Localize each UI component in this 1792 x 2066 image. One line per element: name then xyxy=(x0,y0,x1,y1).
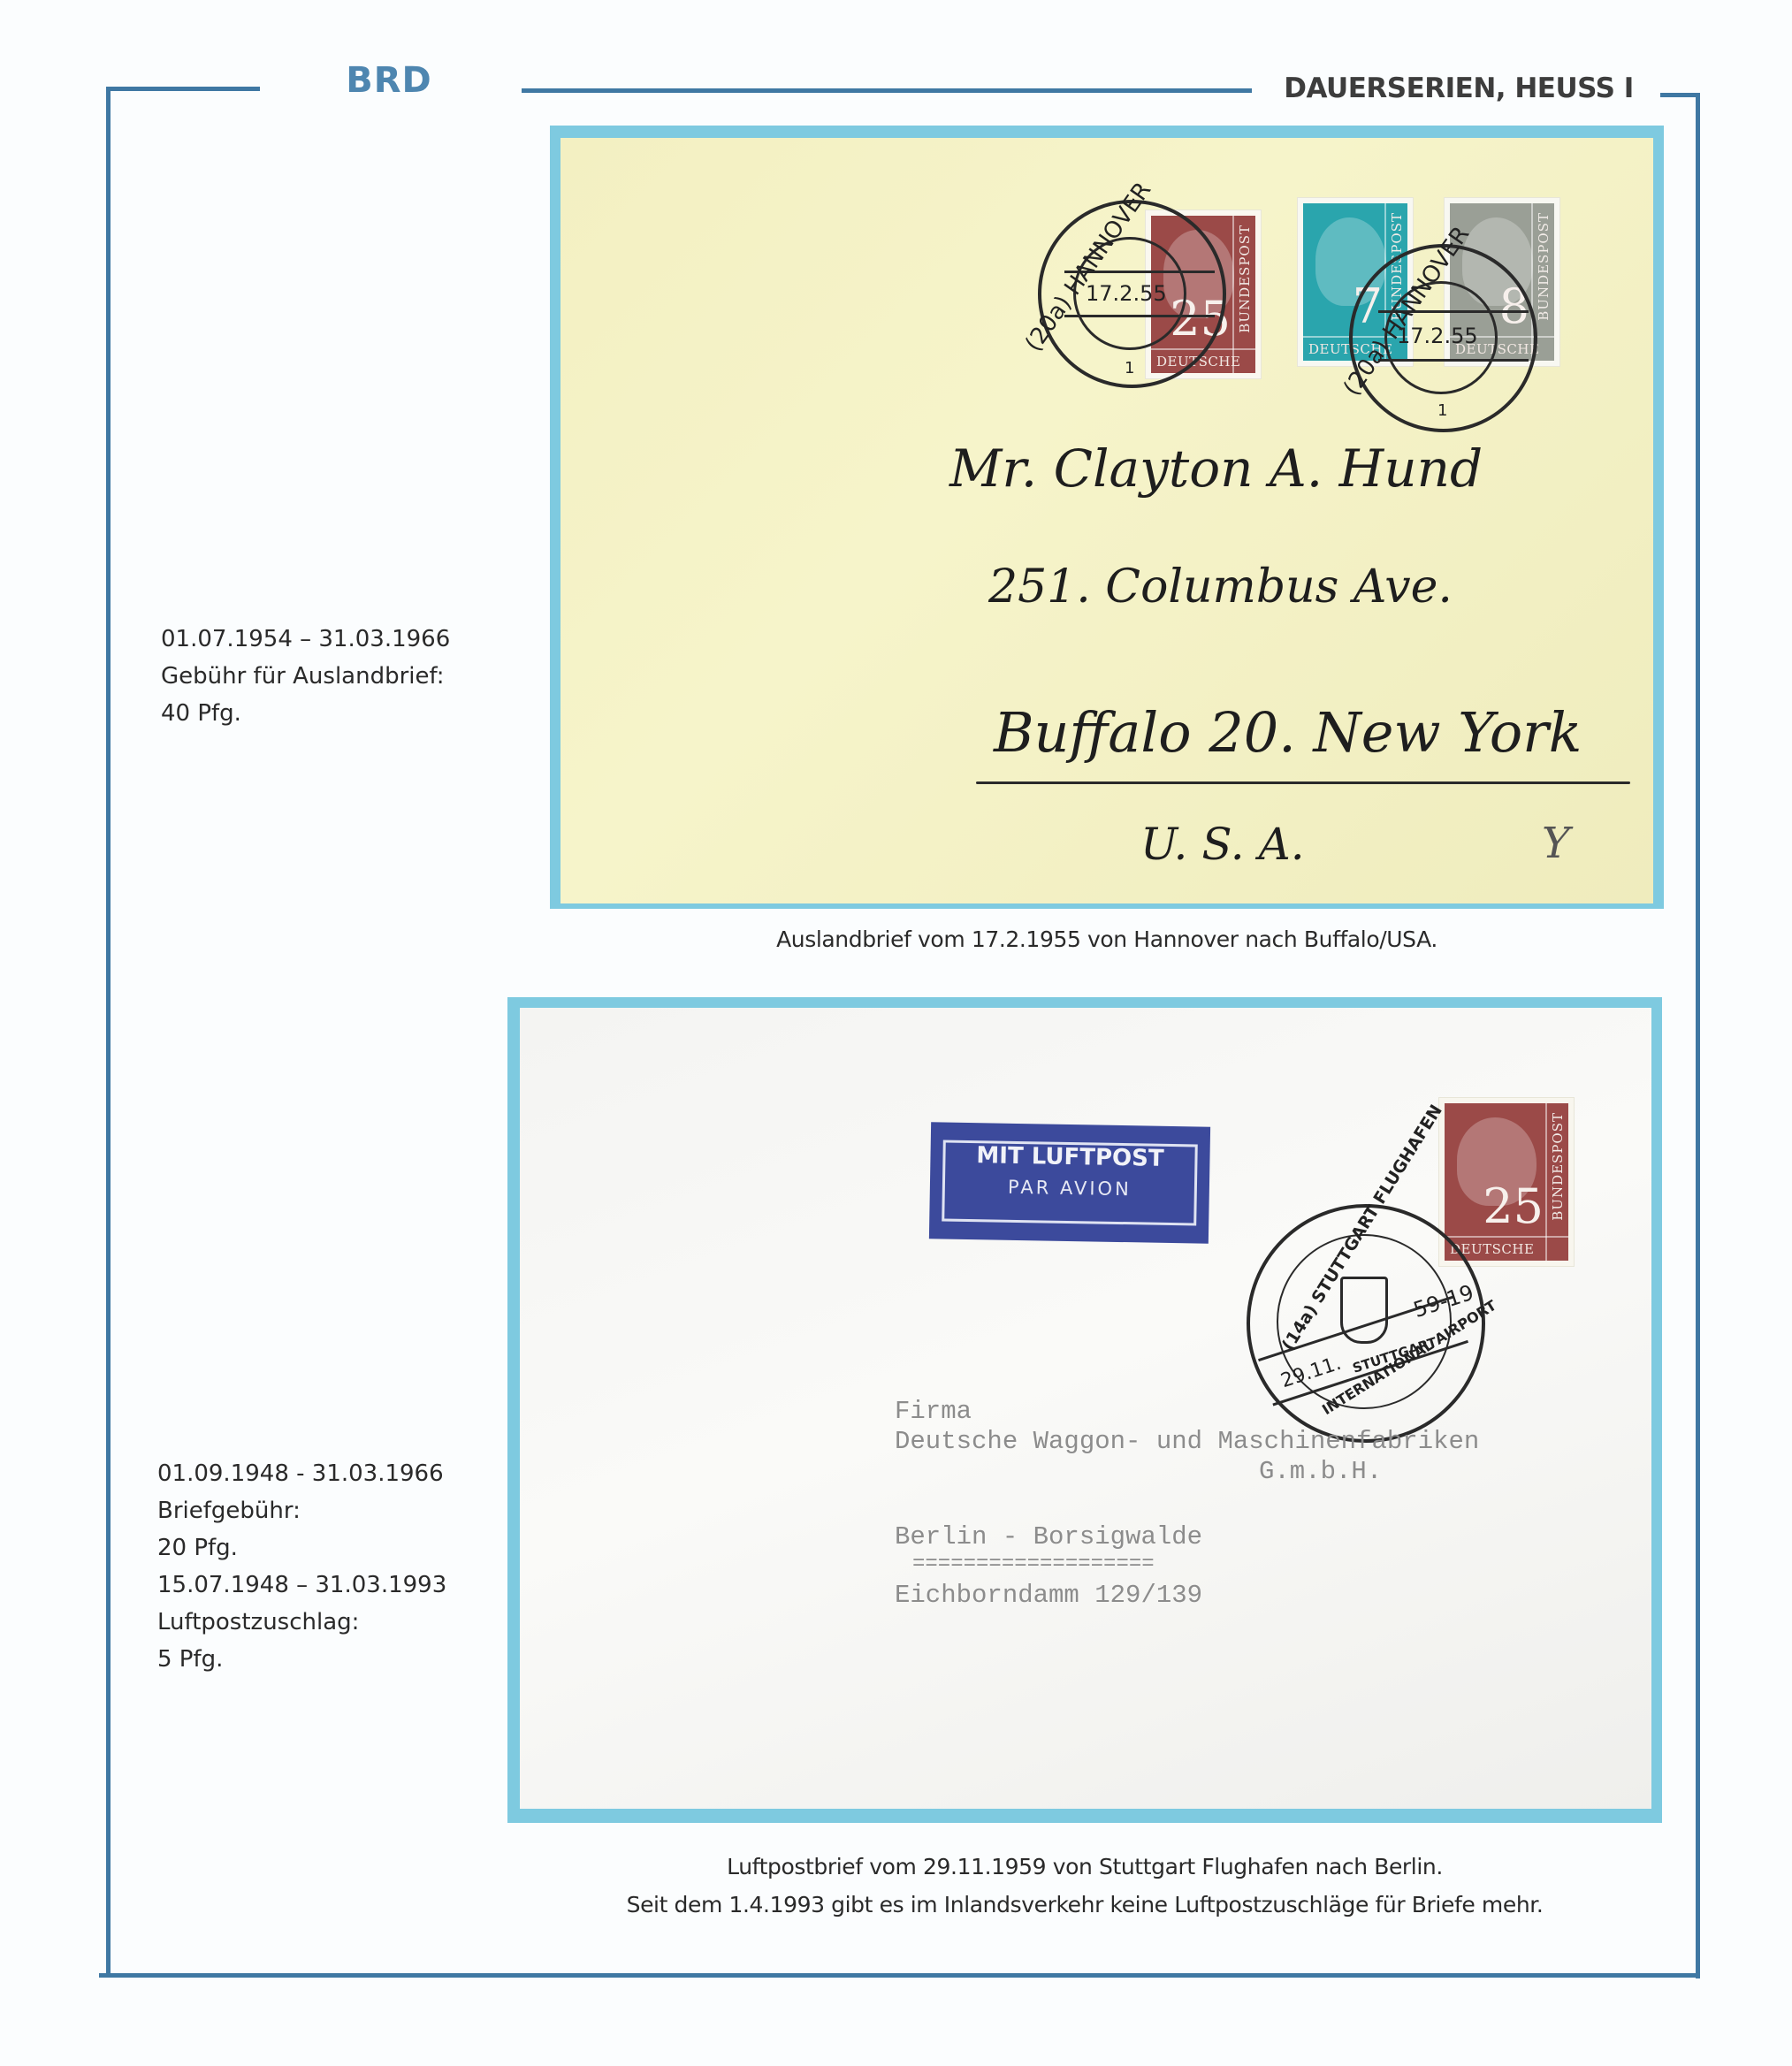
note-line: 5 Pfg. xyxy=(157,1641,446,1678)
address-underline: =================== xyxy=(912,1552,1155,1576)
airmail-label: MIT LUFTPOST PAR AVION xyxy=(929,1122,1210,1243)
address-line: Eichborndamm 129/139 xyxy=(895,1581,1202,1610)
stamp-issuer: BUNDESPOST xyxy=(1237,225,1253,333)
postmark-sub: 1 xyxy=(1437,401,1447,420)
stamp-25-pfennig: 25 BUNDESPOST DEUTSCHE xyxy=(1439,1098,1574,1266)
address-line: 251. Columbus Ave. xyxy=(988,560,1453,614)
postmark-date: 17.2.55 xyxy=(1086,281,1167,306)
coat-of-arms-icon xyxy=(1340,1277,1388,1344)
address-line: Mr. Clayton A. Hund xyxy=(949,438,1483,499)
postal-rate-note-2: 01.09.1948 - 31.03.1966 Briefgebühr: 20 … xyxy=(157,1455,446,1678)
caption-line: Luftpostbrief vom 29.11.1959 von Stuttga… xyxy=(507,1848,1662,1886)
cover-1-envelope[interactable]: 25 BUNDESPOST DEUTSCHE 7 BUNDESPOST DEUT… xyxy=(560,138,1653,903)
address-underline xyxy=(976,781,1630,784)
cover-2-envelope[interactable]: MIT LUFTPOST PAR AVION 25 BUNDESPOST DEU… xyxy=(520,1008,1651,1809)
frame-top-left-segment xyxy=(106,87,260,91)
note-line: Luftpostzuschlag: xyxy=(157,1604,446,1641)
stamp-issuer: BUNDESPOST xyxy=(1536,212,1552,321)
cover-1-caption: Auslandbrief vom 17.2.1955 von Hannover … xyxy=(550,926,1664,952)
address-line: Berlin - Borsigwalde xyxy=(895,1522,1202,1551)
address-line: Buffalo 20. New York xyxy=(994,700,1582,765)
frame-top-right-segment xyxy=(1660,93,1700,97)
address-line: Deutsche Waggon- und Maschinenfabriken xyxy=(895,1427,1479,1456)
note-line: 15.07.1948 – 31.03.1993 xyxy=(157,1567,446,1604)
note-line: 01.07.1954 – 31.03.1966 xyxy=(161,621,450,658)
frame-top-middle-segment xyxy=(522,88,1252,93)
page-title: DAUERSERIEN, HEUSS I xyxy=(1273,72,1644,104)
pencil-mark: Y xyxy=(1542,819,1570,868)
cover-2-caption: Luftpostbrief vom 29.11.1959 von Stuttga… xyxy=(507,1848,1662,1924)
frame-left-edge xyxy=(106,87,111,1977)
stamp-value: 25 xyxy=(1483,1178,1544,1234)
address-line: Firma xyxy=(895,1397,972,1426)
frame-bottom-edge xyxy=(99,1973,1700,1978)
country-label: BRD xyxy=(318,60,460,101)
stamp-issuer: BUNDESPOST xyxy=(1550,1112,1566,1221)
note-line: Briefgebühr: xyxy=(157,1492,446,1529)
note-line: 20 Pfg. xyxy=(157,1529,446,1567)
caption-line: Seit dem 1.4.1993 gibt es im Inlandsverk… xyxy=(507,1886,1662,1924)
address-line: G.m.b.H. xyxy=(1259,1457,1382,1486)
note-line: 40 Pfg. xyxy=(161,695,450,732)
frame-right-edge xyxy=(1696,93,1700,1978)
postmark-date: 17.2.55 xyxy=(1397,324,1478,348)
address-line: U. S. A. xyxy=(1140,819,1305,870)
note-line: 01.09.1948 - 31.03.1966 xyxy=(157,1455,446,1492)
airmail-label-line1: MIT LUFTPOST xyxy=(930,1141,1209,1173)
postmark-sub: 1 xyxy=(1125,359,1134,377)
note-line: Gebühr für Auslandbrief: xyxy=(161,658,450,695)
postal-rate-note-1: 01.07.1954 – 31.03.1966 Gebühr für Ausla… xyxy=(161,621,450,732)
